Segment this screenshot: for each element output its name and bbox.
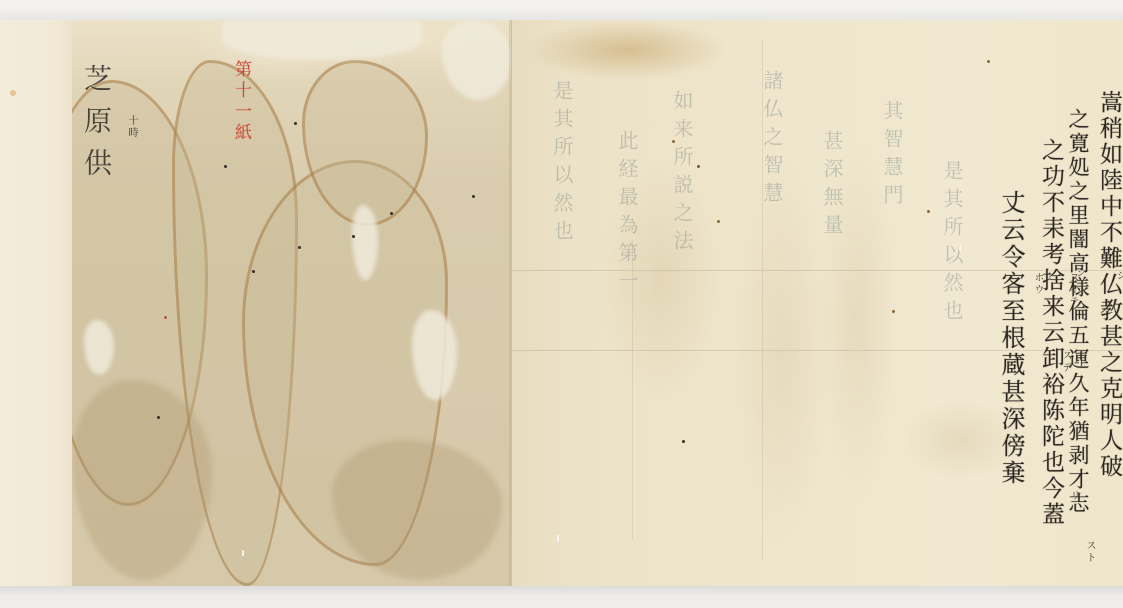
stain-speck <box>717 220 720 223</box>
furigana: スデ <box>1060 350 1070 374</box>
paper-loss <box>84 320 114 375</box>
ink-speck <box>682 440 685 443</box>
bottom-shadow <box>0 586 1123 596</box>
paper-loss <box>222 20 422 60</box>
ghost-column: 是其所以然也 <box>552 80 572 248</box>
text-column-4: 丈云令客至根蔵甚深傍棄 <box>999 190 1023 487</box>
ink-speck <box>352 235 355 238</box>
sheet-number-annotation: 第十一紙 <box>232 60 249 144</box>
red-speck <box>164 316 167 319</box>
ghost-column: 其智慧門 <box>882 100 902 212</box>
ghost-column: 是其所以然也 <box>942 160 962 328</box>
furigana: スト <box>1084 540 1094 564</box>
ink-speck <box>390 212 393 215</box>
paper-loss <box>442 20 511 100</box>
white-fleck <box>557 535 559 541</box>
stain-speck <box>10 90 16 96</box>
ink-speck <box>298 246 301 249</box>
ink-speck <box>294 122 297 125</box>
text-column-3: 之功不耒考捨来云卸裕陈陀也今蓋 <box>1039 138 1062 528</box>
dark-stain <box>72 380 212 580</box>
white-fleck <box>242 550 244 556</box>
left-sheet: 芝原供 十時 第十一紙 <box>72 20 511 586</box>
ghost-column: 此経最為第一 <box>617 130 637 298</box>
furigana: リ <box>1068 490 1078 502</box>
stain-speck <box>927 210 930 213</box>
text-column-1: 嵩稍如陸中不難仏教甚之克明人破 <box>1097 90 1120 480</box>
stain-speck <box>672 140 675 143</box>
white-fleck <box>1079 360 1081 366</box>
furigana: ヌイテ <box>1067 272 1077 308</box>
ink-speck <box>224 165 227 168</box>
paper-loss <box>352 205 378 280</box>
ghost-column: 如来所説之法 <box>672 90 692 258</box>
text-column-2: 之寛処之里闇高様倫五運久年猶剥才志 <box>1067 108 1088 516</box>
ink-speck <box>157 416 160 419</box>
white-fleck <box>959 245 961 251</box>
ghost-column: 甚深無量 <box>822 130 842 242</box>
ghost-column: 諸仏之智慧 <box>762 70 782 210</box>
left-main-column: 芝原供 <box>82 64 110 190</box>
ink-speck <box>252 270 255 273</box>
scroll-photograph: 芝原供 十時 第十一紙 是其所以然也 此経最為第一 如来所説之法 諸仏之智慧 甚… <box>0 0 1123 608</box>
stain-speck <box>987 60 990 63</box>
left-small-annotation: 十時 <box>126 115 136 139</box>
ruled-line <box>512 350 1123 351</box>
furigana: シ <box>1114 270 1123 282</box>
mounting-paper <box>0 20 73 586</box>
stain-speck <box>697 165 700 168</box>
furigana: ホウ <box>1032 272 1042 296</box>
ruled-line <box>512 270 1123 271</box>
ink-speck <box>472 195 475 198</box>
right-sheet: 是其所以然也 此経最為第一 如来所説之法 諸仏之智慧 甚深無量 其智慧門 是其所… <box>511 20 1123 586</box>
stain-speck <box>892 310 895 313</box>
